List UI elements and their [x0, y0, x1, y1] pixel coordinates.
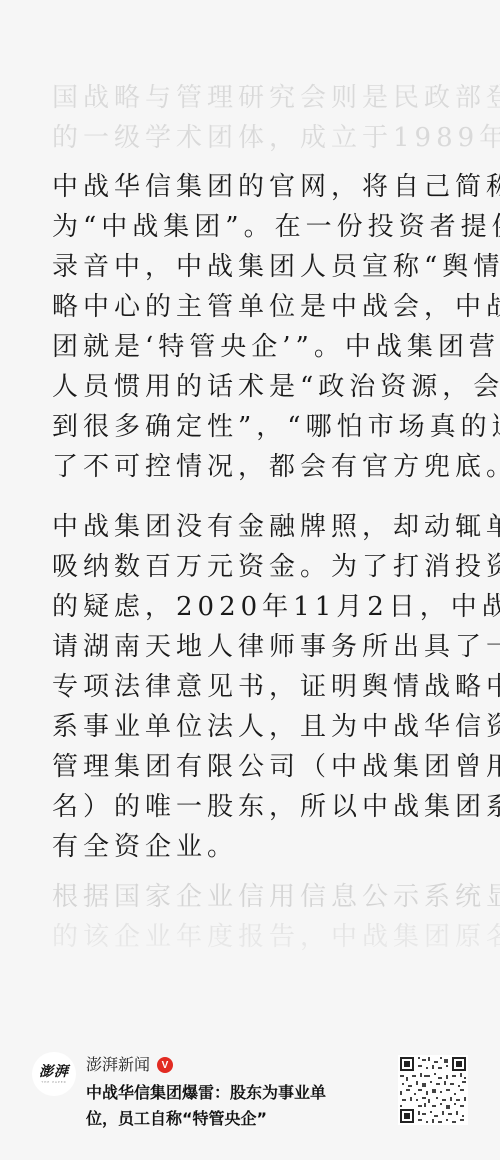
- share-card-footer[interactable]: 澎湃 THE PAPER 澎湃新闻 V 中战华信集团爆雷：股东为事业单 位，员工…: [0, 1040, 500, 1140]
- headline-line: 中战华信集团爆雷：股东为事业单: [86, 1080, 356, 1106]
- paragraph-2-line: 管理集团有限公司（中战集团曾用: [52, 747, 452, 787]
- paragraph-1-line: 为“中战集团”。在一份投资者提供的: [52, 207, 452, 247]
- qr-code-icon: [398, 1055, 468, 1125]
- headline-line: 位，员工自称“特管央企”: [86, 1106, 356, 1132]
- paragraph-1-line: 中战华信集团的官网，将自己简称: [52, 167, 452, 207]
- logo-text: 澎湃: [39, 1064, 69, 1080]
- source-row: 澎湃新闻 V: [86, 1054, 173, 1076]
- paragraph-2-line: 有全资企业。: [52, 827, 452, 867]
- verified-badge-icon: V: [157, 1057, 173, 1073]
- paragraph-2-line: 名）的唯一股东，所以中战集团系国: [52, 787, 452, 827]
- logo-subtext: THE PAPER: [41, 1080, 66, 1084]
- paragraph-2-line: 的疑虑，2020年11月2日，中战集团: [52, 587, 452, 627]
- faded-top-line: 的一级学术团体，成立于1989年。: [52, 118, 452, 158]
- paragraph-1-line: 录音中，中战集团人员宣称“舆情战: [52, 247, 452, 287]
- paragraph-1-line: 到很多确定性”，“哪怕市场真的遇到: [52, 407, 452, 447]
- paragraph-2-line: 请湖南天地人律师事务所出具了一份: [52, 627, 452, 667]
- paragraph-1-line: 略中心的主管单位是中战会，中战集: [52, 287, 452, 327]
- the-paper-logo: 澎湃 THE PAPER: [32, 1052, 76, 1096]
- faded-top-line: 国战略与管理研究会则是民政部登记: [52, 78, 452, 118]
- paragraph-1-line: 了不可控情况，都会有官方兜底。”: [52, 447, 452, 487]
- bottom-fade-overlay: [0, 930, 500, 1010]
- paragraph-1-line: 团就是‘特管央企’”。中战集团营销: [52, 327, 452, 367]
- paragraph-2-line: 系事业单位法人，且为中战华信资产: [52, 707, 452, 747]
- article-headline[interactable]: 中战华信集团爆雷：股东为事业单 位，员工自称“特管央企”: [86, 1080, 356, 1132]
- paragraph-2-line: 中战集团没有金融牌照，却动辄单笔: [52, 507, 452, 547]
- paragraph-2-line: 专项法律意见书，证明舆情战略中心: [52, 667, 452, 707]
- faded-bottom-line: 根据国家企业信用信息公示系统显示: [52, 877, 452, 917]
- paragraph-1-line: 人员惯用的话术是“政治资源，会给: [52, 367, 452, 407]
- paragraph-2-line: 吸纳数百万元资金。为了打消投资者: [52, 547, 452, 587]
- source-name: 澎湃新闻: [86, 1054, 150, 1076]
